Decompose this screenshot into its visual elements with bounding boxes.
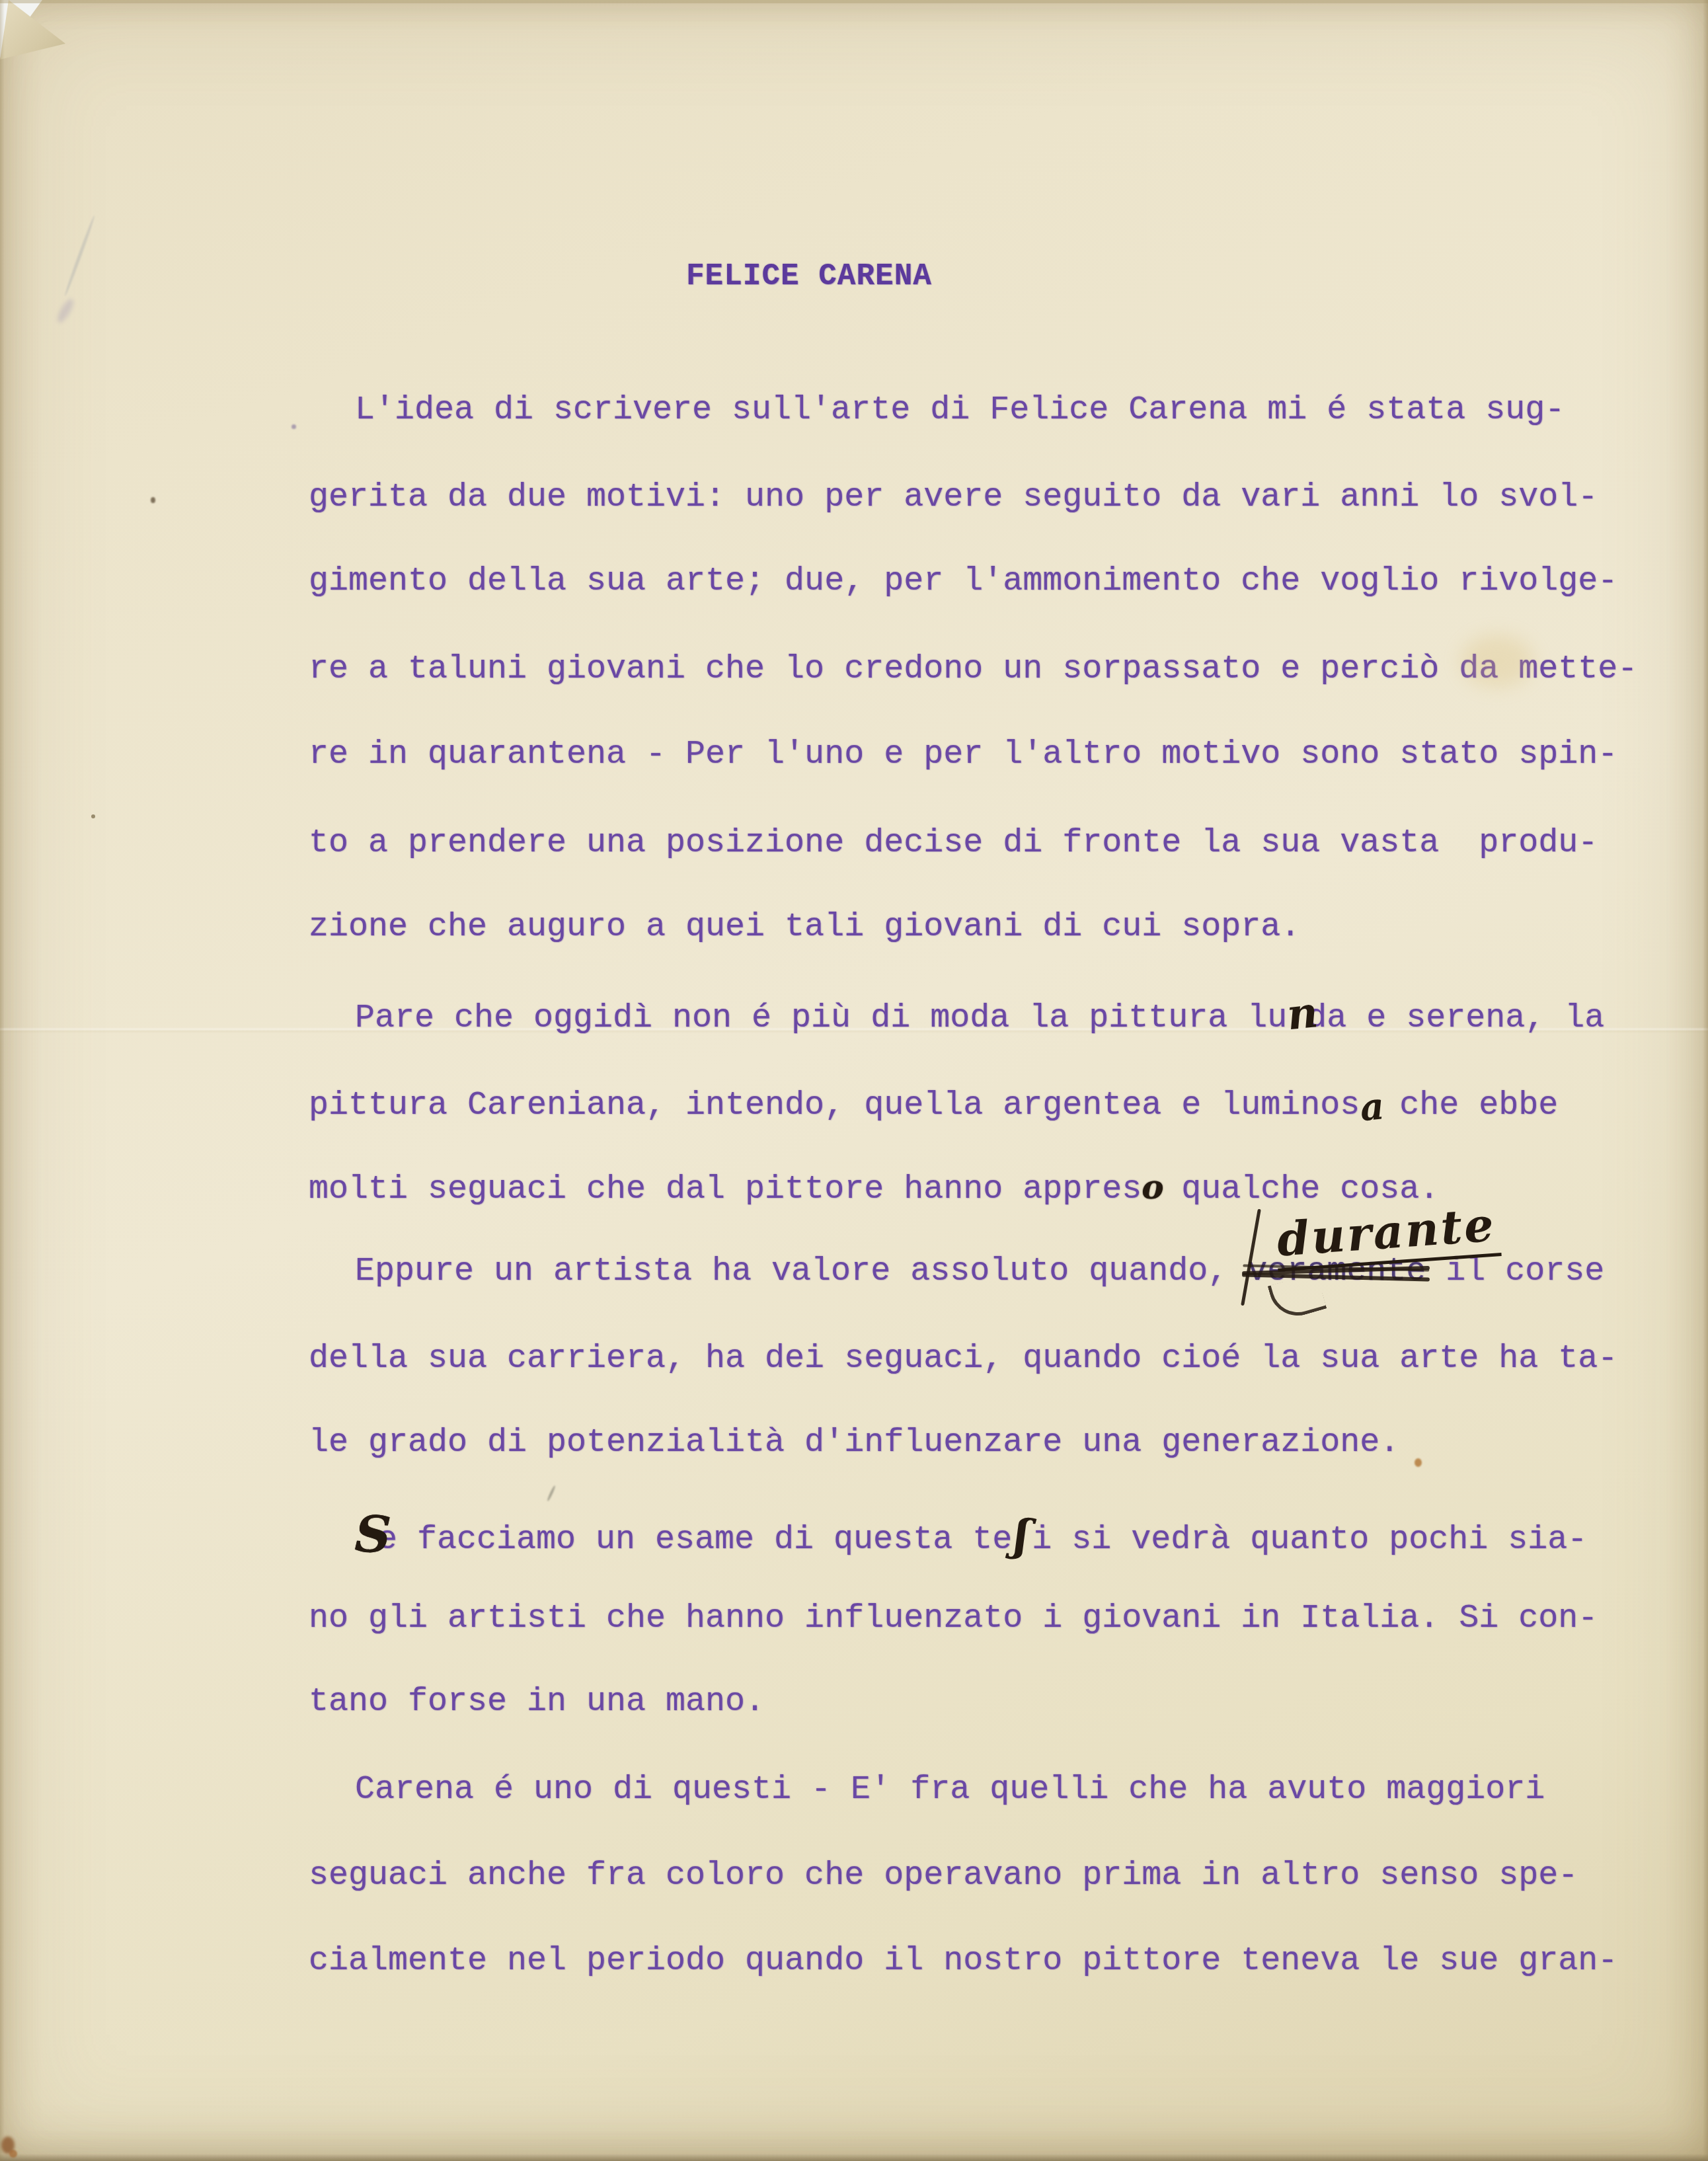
typescript-line: no gli artisti che hanno influenzato i g… <box>309 1600 1598 1637</box>
typescript-line: cialmente nel periodo quando il nostro p… <box>309 1943 1617 1980</box>
typed-text: Eppure un artista ha valore assoluto qua… <box>355 1253 1247 1290</box>
typed-text: Pare che oggidì non é più di moda la pit… <box>355 1000 1287 1037</box>
paper-edge-right <box>1703 0 1708 2161</box>
orange-speck <box>1415 1458 1422 1467</box>
paper-edge-top <box>0 0 1708 3</box>
handwritten-correction: S <box>354 1516 378 1553</box>
typescript-line: Pare che oggidì non é più di moda la pit… <box>355 994 1604 1037</box>
typed-text: L'idea di scrivere sull'arte di Felice C… <box>355 391 1565 429</box>
typescript-line: gimento della sua arte; due, per l'ammon… <box>309 563 1617 600</box>
typed-text: gerita da due motivi: uno per avere segu… <box>309 479 1598 516</box>
typed-text: zione che auguro a quei tali giovani di … <box>309 908 1300 946</box>
typescript-line: re a taluni giovani che lo credono un so… <box>309 651 1637 688</box>
typed-text: molti seguaci che dal pittore hanno appr… <box>309 1171 1142 1208</box>
typescript-line: gerita da due motivi: uno per avere segu… <box>309 479 1598 516</box>
typed-text: seguaci anche fra coloro che operavano p… <box>309 1857 1578 1895</box>
typed-text: qualche cosa. <box>1161 1171 1439 1208</box>
typed-text: gimento della sua arte; due, per l'ammon… <box>309 563 1617 600</box>
typed-text: Carena é uno di questi - E' fra quelli c… <box>355 1771 1545 1809</box>
paper-edge-left <box>0 0 5 2161</box>
typescript-line: le grado di potenzialità d'influenzare u… <box>309 1425 1399 1462</box>
yellow-stain-right <box>1461 635 1533 688</box>
typescript-line: to a prendere una posizione decise di fr… <box>309 825 1598 862</box>
typed-text: e facciamo un esame di questa te <box>377 1521 1012 1559</box>
typed-text: da e serena, la <box>1307 1000 1604 1037</box>
typed-text: no gli artisti che hanno influenzato i g… <box>309 1600 1598 1637</box>
typescript-line: tano forse in una mano. <box>309 1684 765 1721</box>
paper-edge-bottom <box>0 2154 1708 2161</box>
typed-text: pittura Careniana, intendo, quella argen… <box>309 1087 1360 1124</box>
rust-stain-bottom-left-2 <box>9 2150 17 2158</box>
tiny-speck-mid-left <box>91 814 95 818</box>
typescript-body: L'idea di scrivere sull'arte di Felice C… <box>0 0 1708 2161</box>
typescript-line: zione che auguro a quei tali giovani di … <box>309 909 1300 946</box>
typescript-line: della sua carriera, ha dei seguaci, quan… <box>309 1341 1617 1378</box>
typed-text: re in quarantena - Per l'uno e per l'alt… <box>309 736 1617 773</box>
handwritten-correction: n <box>1286 995 1309 1034</box>
brown-speck-left <box>151 497 155 503</box>
typescript-line: molti seguaci che dal pittore hanno appr… <box>309 1168 1439 1208</box>
typed-text: della sua carriera, ha dei seguaci, quan… <box>309 1340 1617 1378</box>
typescript-line: re in quarantena - Per l'uno e per l'alt… <box>309 736 1617 773</box>
typescript-page: FELICE CARENA L'idea di scrivere sull'ar… <box>0 0 1708 2161</box>
typescript-line: Se facciamo un esame di questa teʃi si v… <box>355 1513 1587 1559</box>
handwritten-correction: ʃ <box>1011 1516 1034 1554</box>
typed-text: tano forse in una mano. <box>309 1683 765 1721</box>
dot-left-of-first-line <box>291 424 296 429</box>
handwritten-correction: a <box>1359 1088 1382 1126</box>
typed-text: le grado di potenzialità d'influenzare u… <box>309 1424 1399 1462</box>
typed-text: re a taluni giovani che lo credono un so… <box>309 650 1637 688</box>
typescript-line: seguaci anche fra coloro che operavano p… <box>309 1858 1578 1895</box>
typescript-line: Carena é uno di questi - E' fra quelli c… <box>355 1772 1545 1809</box>
typescript-line: L'idea di scrivere sull'arte di Felice C… <box>355 392 1565 429</box>
typescript-line: pittura Careniana, intendo, quella argen… <box>309 1083 1558 1124</box>
handwritten-correction: o <box>1142 1169 1161 1206</box>
typed-text: to a prendere una posizione decise di fr… <box>309 824 1598 862</box>
typed-text: che ebbe <box>1379 1087 1558 1124</box>
typed-text: cialmente nel periodo quando il nostro p… <box>309 1942 1617 1980</box>
typed-text: i si vedrà quanto pochi sia- <box>1032 1521 1587 1559</box>
